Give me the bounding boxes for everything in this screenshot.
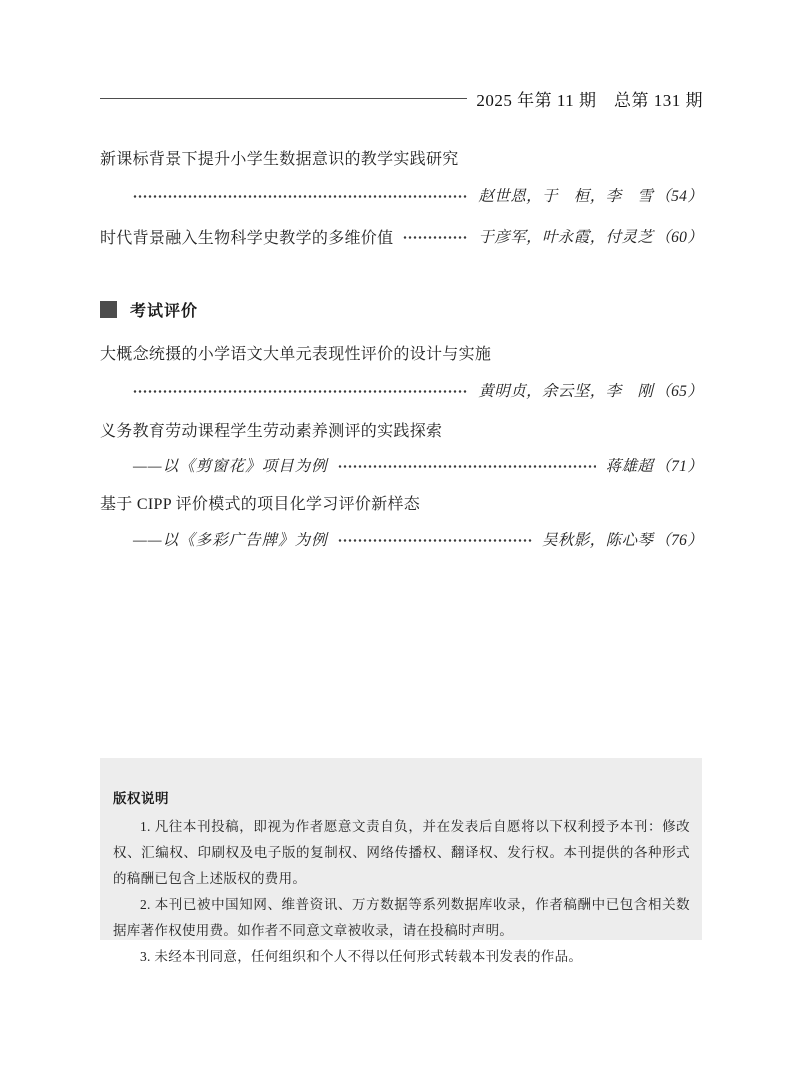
article-title: 大概念统摄的小学语文大单元表现性评价的设计与实施 (100, 341, 491, 364)
dot-leader (403, 236, 468, 239)
page-number: （65） (655, 379, 703, 401)
article-subtitle: ——以《剪窗花》项目为例 (133, 454, 328, 476)
section-header: 考试评价 (100, 298, 703, 320)
authors: 蒋雄超 (606, 454, 654, 476)
copyright-paragraph: 2. 本刊已被中国知网、维普资讯、万方数据等系列数据库收录，作者稿酬中已包含相关… (113, 892, 690, 944)
authors: 于彦军，叶永霞，付灵芝 (478, 225, 653, 247)
toc-entry-title: 大概念统摄的小学语文大单元表现性评价的设计与实施 (100, 341, 703, 363)
dot-leader (338, 539, 532, 542)
page-number: （60） (655, 225, 703, 247)
copyright-paragraph: 3. 未经本刊同意，任何组织和个人不得以任何形式转载本刊发表的作品。 (113, 944, 690, 970)
toc-entry-subtitle-line: ——以《剪窗花》项目为例 蒋雄超 （71） (100, 454, 703, 476)
header-rule (100, 98, 467, 99)
dot-leader (133, 195, 468, 198)
page-number: （54） (655, 184, 703, 206)
copyright-box: 版权说明 1. 凡往本刊投稿，即视为作者愿意文责自负，并在发表后自愿将以下权利授… (100, 758, 702, 940)
article-subtitle: ——以《多彩广告牌》为例 (133, 528, 328, 550)
toc-entry-authors-line: 黄明贞，余云坚，李 刚 （65） (100, 379, 703, 401)
toc-entry-authors-line: 赵世恩，于 桓，李 雪 （54） (100, 184, 703, 206)
authors: 吴秋影，陈心琴 (542, 528, 653, 550)
authors: 赵世恩，于 桓，李 雪 (478, 184, 653, 206)
toc-entry-title: 基于 CIPP 评价模式的项目化学习评价新样态 (100, 491, 703, 513)
journal-toc-page: 2025 年第 11 期 总第 131 期 新课标背景下提升小学生数据意识的教学… (0, 0, 800, 1077)
dot-leader (338, 465, 596, 468)
article-title: 基于 CIPP 评价模式的项目化学习评价新样态 (100, 491, 420, 514)
section-title: 考试评价 (130, 298, 198, 321)
page-number: （71） (655, 454, 703, 476)
toc-entry-subtitle-line: ——以《多彩广告牌》为例 吴秋影，陈心琴 （76） (100, 528, 703, 550)
copyright-title: 版权说明 (113, 787, 690, 807)
toc-entry: 时代背景融入生物科学史教学的多维价值 于彦军，叶永霞，付灵芝 （60） (100, 225, 703, 247)
authors: 黄明贞，余云坚，李 刚 (478, 379, 653, 401)
article-title: 时代背景融入生物科学史教学的多维价值 (100, 225, 393, 248)
issue-label: 2025 年第 11 期 总第 131 期 (476, 86, 703, 111)
page-number: （76） (655, 528, 703, 550)
section-marker-icon (100, 301, 117, 318)
toc-entry-title: 新课标背景下提升小学生数据意识的教学实践研究 (100, 146, 703, 168)
issue-header: 2025 年第 11 期 总第 131 期 (100, 87, 703, 109)
article-title: 义务教育劳动课程学生劳动素养测评的实践探索 (100, 418, 442, 441)
dot-leader (133, 390, 468, 393)
copyright-paragraph: 1. 凡往本刊投稿，即视为作者愿意文责自负，并在发表后自愿将以下权利授予本刊：修… (113, 814, 690, 892)
toc-entry-title: 义务教育劳动课程学生劳动素养测评的实践探索 (100, 418, 703, 440)
article-title: 新课标背景下提升小学生数据意识的教学实践研究 (100, 146, 459, 169)
